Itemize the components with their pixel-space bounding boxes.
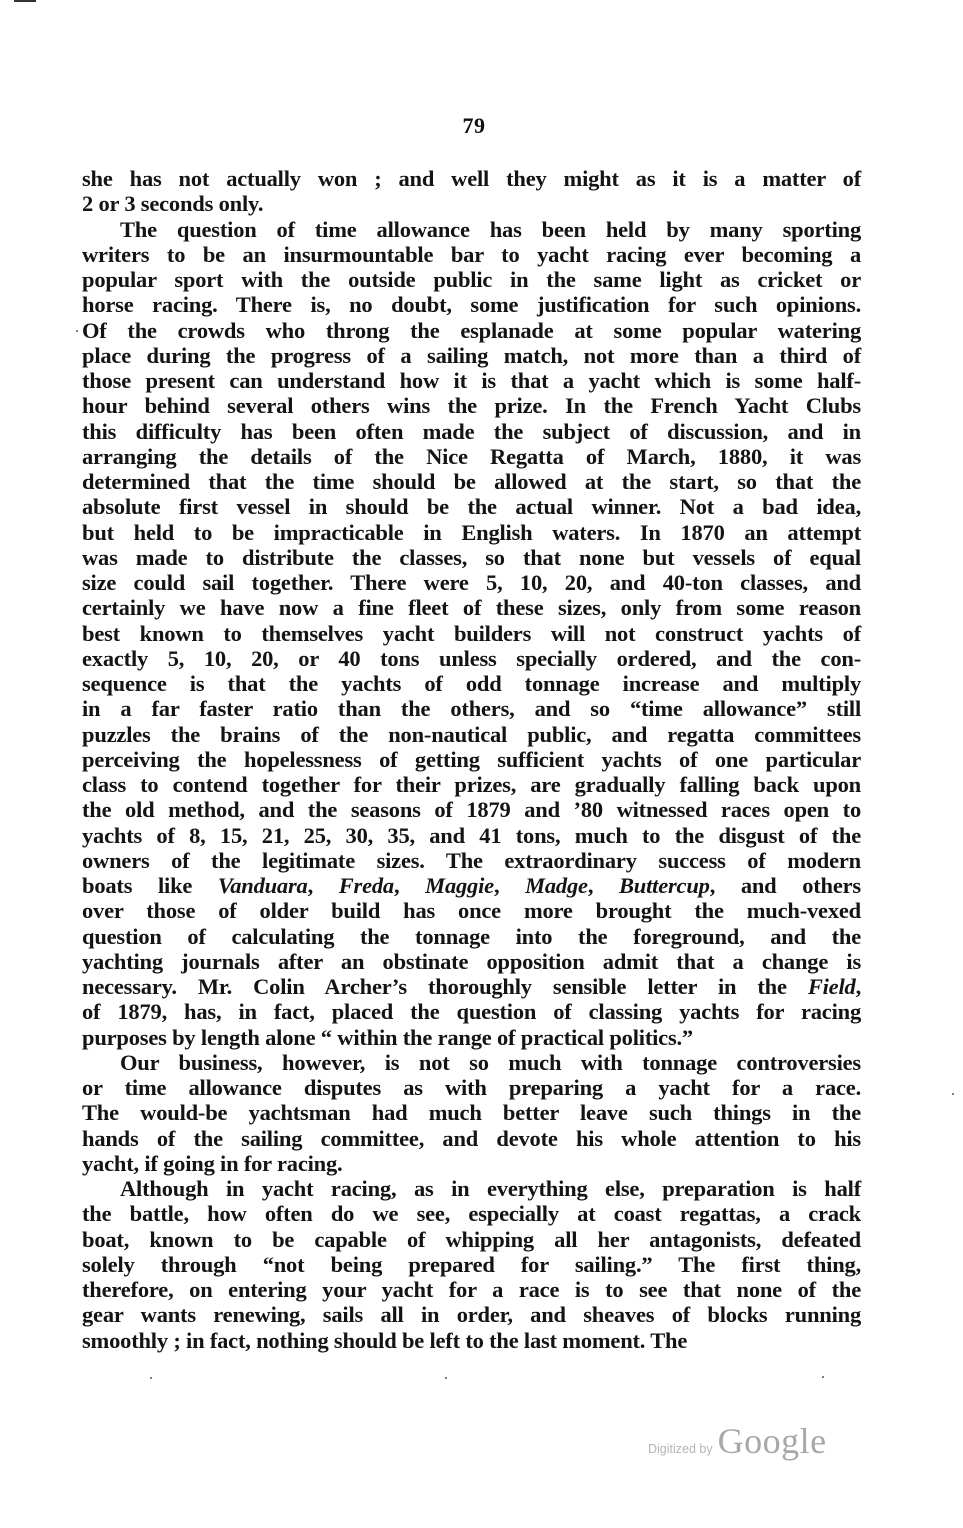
text-line: yachting journals after an obstinate opp… [82,949,861,974]
text-line: the old method, and the seasons of 1879 … [82,797,861,822]
text-line: puzzles the brains of the non-nautical p… [82,722,861,747]
digitized-by-google-watermark: Digitized by Google [648,1420,827,1462]
text-line: Our business, however, is not so much wi… [82,1050,861,1075]
text-line: arranging the details of the Nice Regatt… [82,444,861,469]
scan-speck [952,1093,954,1095]
text-line: boat, known to be capable of whipping al… [82,1227,861,1252]
text-line: Of the crowds who throng the esplanade a… [82,318,861,343]
text-line: sequence is that the yachts of odd tonna… [82,671,861,696]
text-line: boats like Vanduara, Freda, Maggie, Madg… [82,873,861,898]
text-line: smoothly ; in fact, nothing should be le… [82,1328,861,1353]
text-line: The question of time allowance has been … [82,217,861,242]
scan-speck [445,1377,447,1379]
text-line: those present can understand how it is t… [82,368,861,393]
text-line: the battle, how often do we see, especia… [82,1201,861,1226]
text-line: perceiving the hopelessness of getting s… [82,747,861,772]
text-line: she has not actually won ; and well they… [82,166,861,191]
text-line: best known to themselves yacht builders … [82,621,861,646]
text-line: in a far faster ratio than the others, a… [82,696,861,721]
text-line: owners of the legitimate sizes. The extr… [82,848,861,873]
text-line: absolute first vessel in should be the a… [82,494,861,519]
text-line: over those of older build has once more … [82,898,861,923]
italic-term: Field [808,974,856,999]
text-line: place during the progress of a sailing m… [82,343,861,368]
text-line: exactly 5, 10, 20, or 40 tons unless spe… [82,646,861,671]
scan-speck [76,330,78,332]
text-line: Although in yacht racing, as in everythi… [82,1176,861,1201]
scan-corner-mark [14,0,36,2]
italic-term: Vanduara [218,873,308,898]
text-line: certainly we have now a fine fleet of th… [82,595,861,620]
text-line: gear wants renewing, sails all in order,… [82,1302,861,1327]
text-line: 2 or 3 seconds only. [82,191,861,216]
text-line: solely through “not being prepared for s… [82,1252,861,1277]
text-line: hour behind several others wins the priz… [82,393,861,418]
italic-term: Maggie [425,873,494,898]
italic-term: Buttercup [619,873,710,898]
text-line: class to contend together for their priz… [82,772,861,797]
text-line: therefore, on entering your yacht for a … [82,1277,861,1302]
text-line: size could sail together. There were 5, … [82,570,861,595]
google-logo-text: Google [718,1420,827,1462]
scan-speck [150,1377,152,1379]
text-line: of 1879, has, in fact, placed the questi… [82,999,861,1024]
text-line: but held to be impracticable in English … [82,520,861,545]
text-line: popular sport with the outside public in… [82,267,861,292]
text-line: writers to be an insurmountable bar to y… [82,242,861,267]
scan-speck [822,1376,824,1378]
text-line: yachts of 8, 15, 21, 25, 30, 35, and 41 … [82,823,861,848]
watermark-prefix: Digitized by [648,1442,713,1456]
text-line: was made to distribute the classes, so t… [82,545,861,570]
italic-term: Madge [525,873,588,898]
page-number: 79 [0,113,948,139]
text-line: necessary. Mr. Colin Archer’s thoroughly… [82,974,861,999]
text-line: purposes by length alone “ within the ra… [82,1025,861,1050]
body-text: she has not actually won ; and well they… [82,166,861,1353]
text-line: or time allowance disputes as with prepa… [82,1075,861,1100]
text-line: yacht, if going in for racing. [82,1151,861,1176]
text-line: hands of the sailing committee, and devo… [82,1126,861,1151]
text-line: horse racing. There is, no doubt, some j… [82,292,861,317]
text-line: The would-be yachtsman had much better l… [82,1100,861,1125]
text-line: this difficulty has been often made the … [82,419,861,444]
italic-term: Freda [339,873,394,898]
text-line: determined that the time should be allow… [82,469,861,494]
text-line: question of calculating the tonnage into… [82,924,861,949]
